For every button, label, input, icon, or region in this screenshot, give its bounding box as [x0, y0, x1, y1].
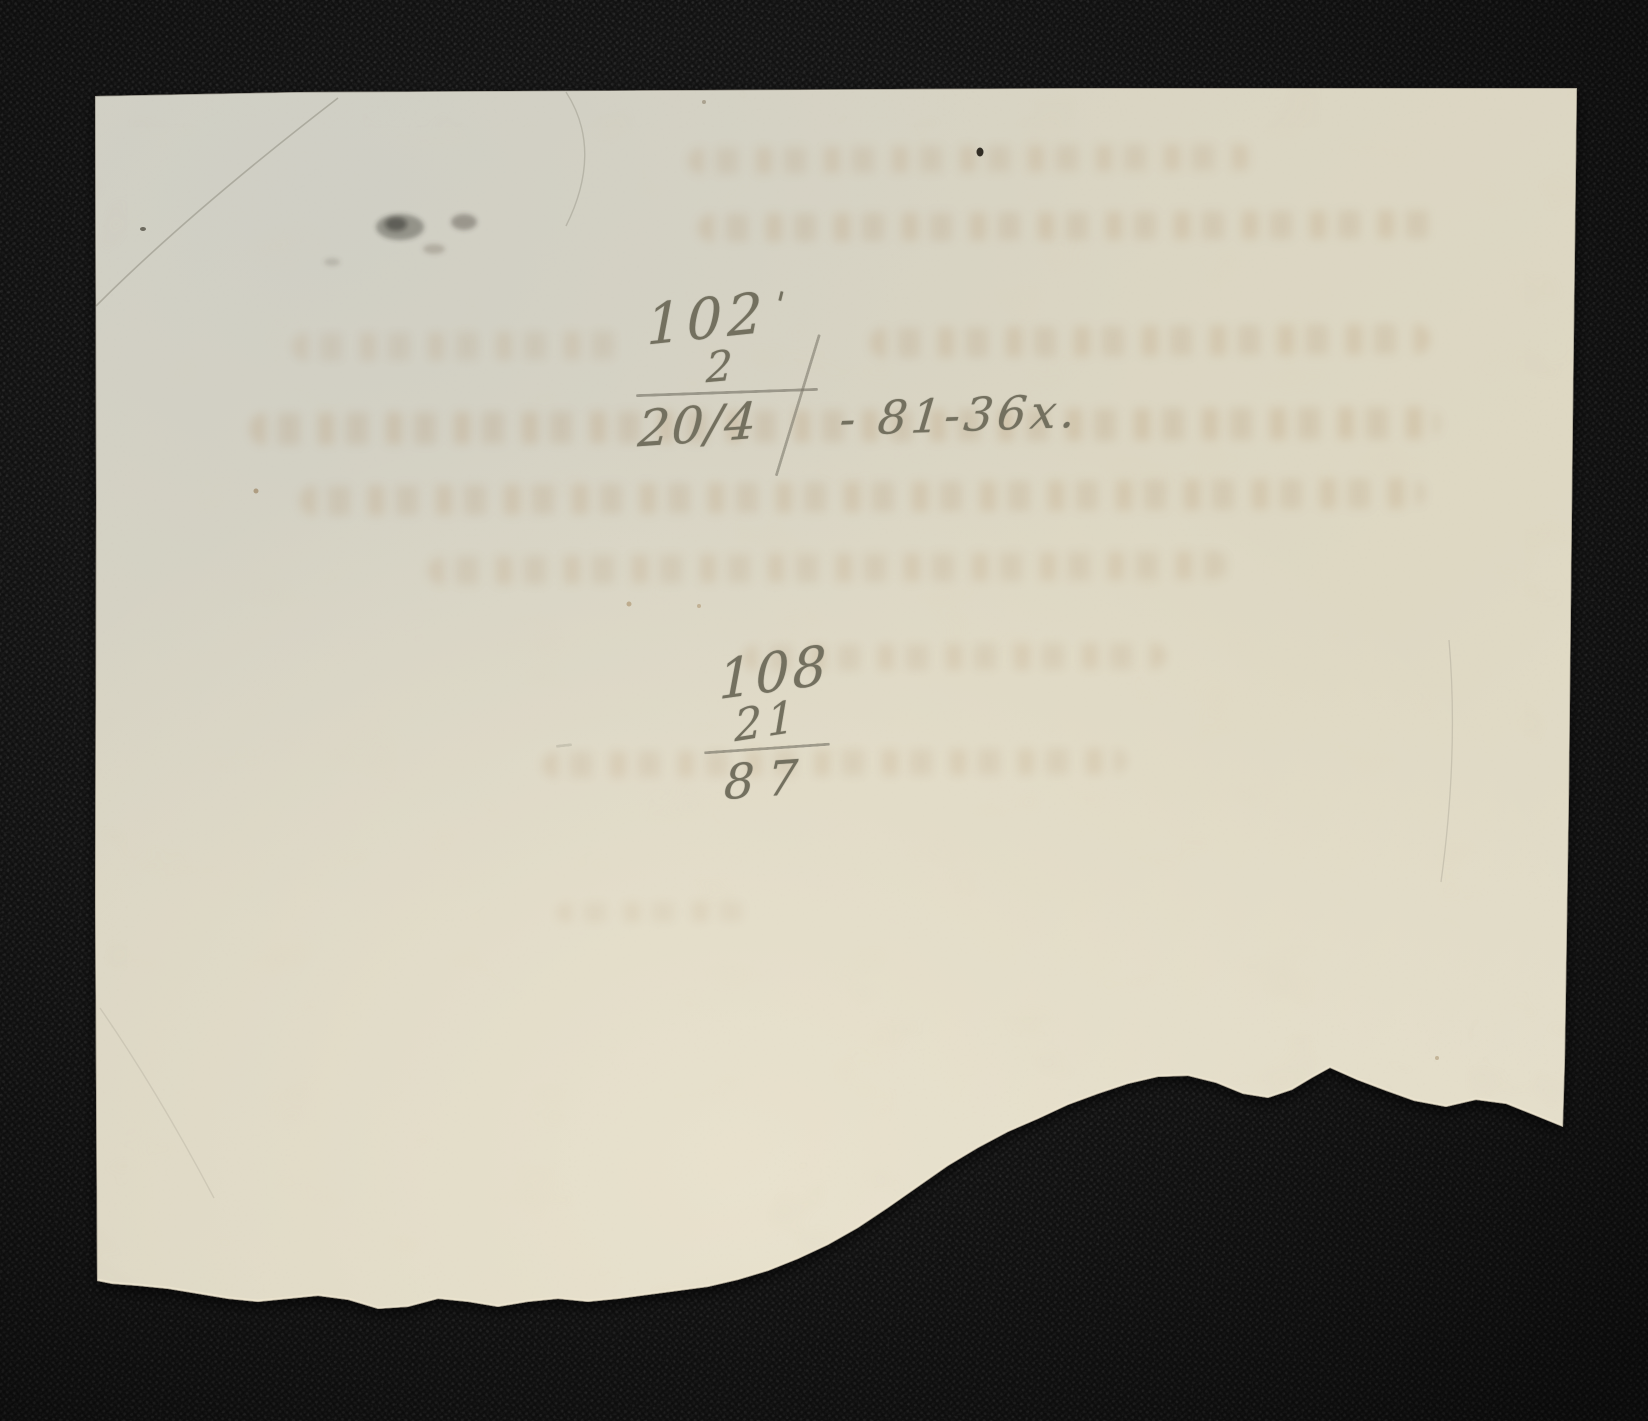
small-speck: [140, 227, 146, 231]
pencil-calc2-difference: 87: [723, 753, 812, 807]
ink-bleedthrough-line: [688, 144, 1253, 174]
pencil-calc1-divisor: 20/4: [636, 396, 760, 455]
foxing-dot: [254, 489, 259, 494]
ink-bleedthrough-line: [556, 901, 751, 922]
pencil-calc2-subtrahend: 21: [734, 695, 800, 750]
pencil-calc1-result: - 81-36x.: [838, 388, 1082, 443]
ink-bleedthrough-line: [698, 210, 1443, 242]
foxing-dot: [702, 100, 706, 104]
foxing-dot: [1435, 1056, 1439, 1060]
foxing-dot: [697, 604, 701, 608]
document-scan: 102 ' 2 20/4 - 81-36x. 108 21 87: [0, 0, 1648, 1421]
ink-bleedthrough-line: [542, 748, 1127, 778]
ink-bleedthrough-line: [428, 551, 1228, 585]
foxing-dot: [627, 602, 632, 607]
pencil-calc1-denominator: 2: [706, 345, 733, 390]
ink-bleedthrough-line: [292, 331, 622, 361]
ink-bleedthrough-line: [870, 324, 1430, 358]
